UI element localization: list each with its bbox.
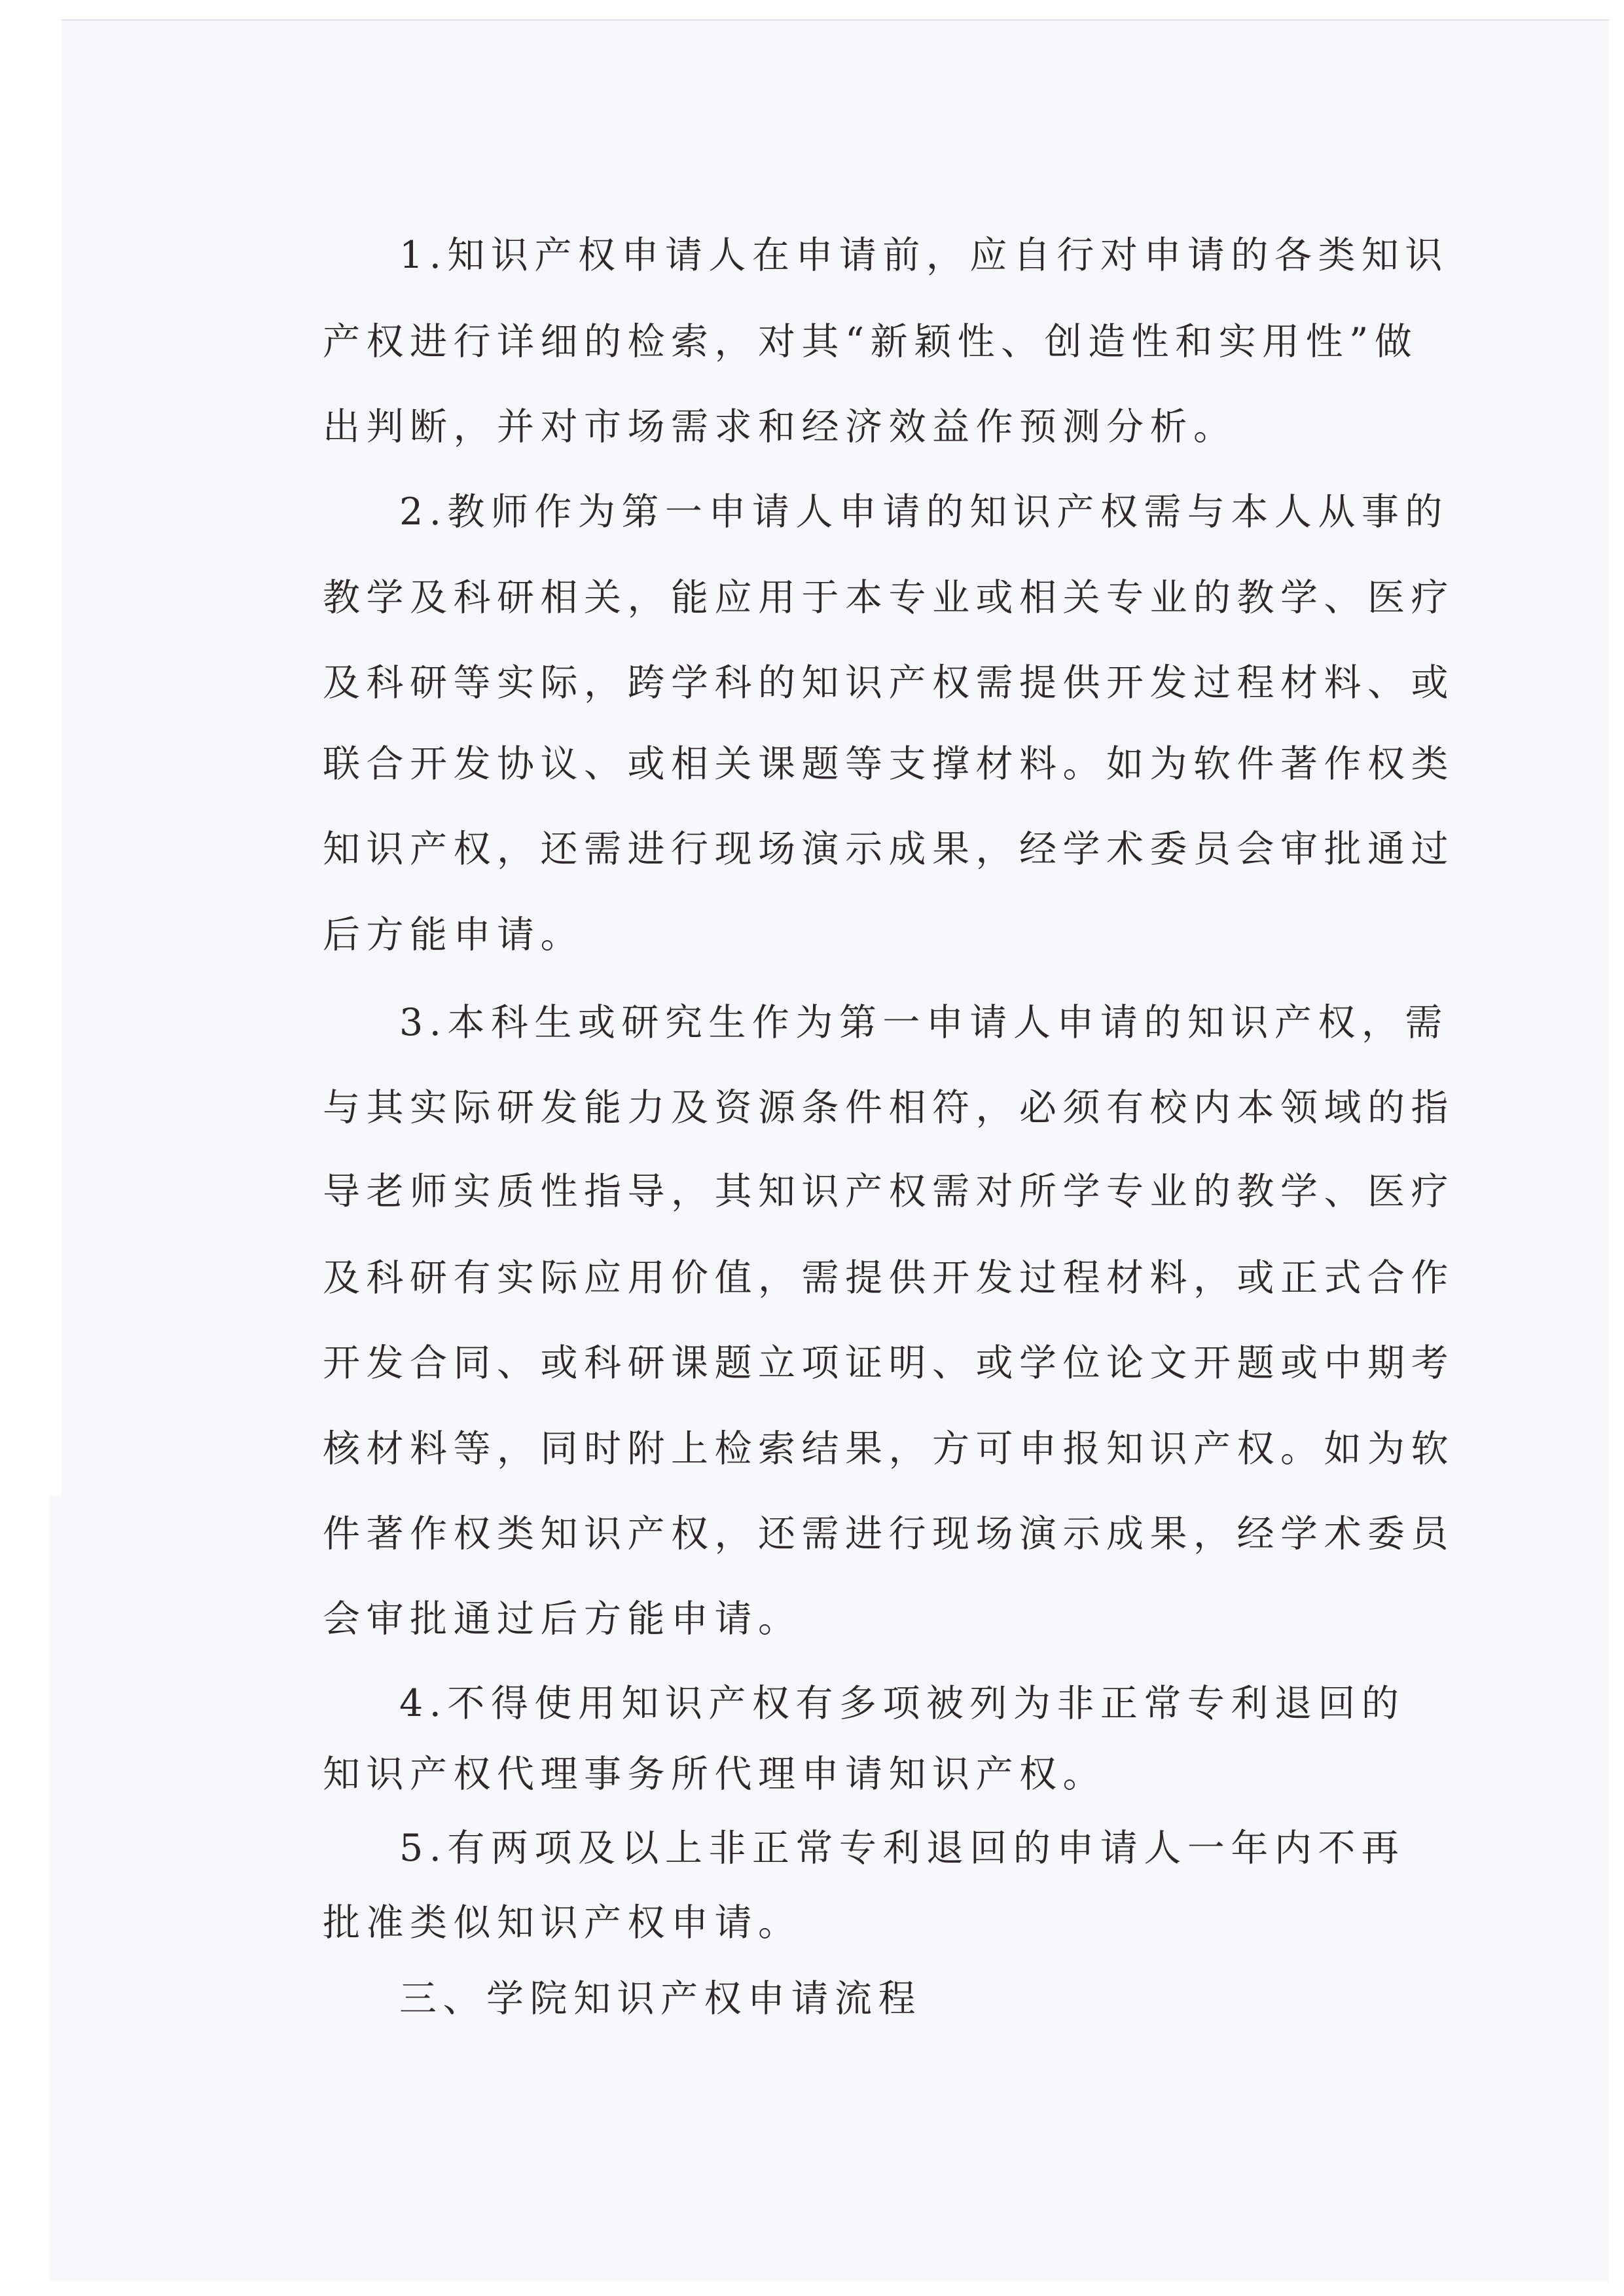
item-1-line-1: 1.知识产权申请人在申请前，应自行对申请的各类知识 (399, 213, 1449, 298)
item-2-line-3: 及科研等实际，跨学科的知识产权需提供开发过程材料、或 (323, 640, 1454, 725)
item-4-line-2: 知识产权代理事务所代理申请知识产权。 (323, 1732, 1106, 1817)
section-heading-application-process: 三、学院知识产权申请流程 (399, 1956, 922, 2041)
item-2-line-2: 教学及科研相关，能应用于本专业或相关专业的教学、医疗 (323, 555, 1454, 640)
item-3-line-7: 件著作权类知识产权，还需进行现场演示成果，经学术委员 (323, 1491, 1454, 1576)
item-2-line-4: 联合开发协议、或相关课题等支撑材料。如为软件著作权类 (323, 721, 1454, 807)
item-2-line-6: 后方能申请。 (323, 892, 584, 977)
item-5-line-1: 5.有两项及以上非正常专利退回的申请人一年内不再 (399, 1806, 1405, 1891)
item-3-line-5: 开发合同、或科研课题立项证明、或学位论文开题或中期考 (323, 1321, 1454, 1406)
item-1-line-2: 产权进行详细的检索，对其“新颖性、创造性和实用性”做 (323, 299, 1418, 384)
item-3-line-1: 3.本科生或研究生作为第一申请人申请的知识产权，需 (399, 980, 1449, 1065)
item-2-line-1: 2.教师作为第一申请人申请的知识产权需与本人从事的 (399, 469, 1449, 555)
item-3-line-3: 导老师实质性指导，其知识产权需对所学专业的教学、医疗 (323, 1149, 1454, 1234)
item-1-line-3: 出判断，并对市场需求和经济效益作预测分析。 (323, 384, 1237, 469)
item-3-line-6: 核材料等，同时附上检索结果，方可申报知识产权。如为软 (323, 1406, 1454, 1491)
item-5-line-2: 批准类似知识产权申请。 (323, 1880, 802, 1965)
item-3-line-4: 及科研有实际应用价值，需提供开发过程材料，或正式合作 (323, 1235, 1454, 1321)
item-3-line-8: 会审批通过后方能申请。 (323, 1576, 802, 1662)
item-2-line-5: 知识产权，还需进行现场演示成果，经学术委员会审批通过 (323, 807, 1454, 892)
item-3-line-2: 与其实际研发能力及资源条件相符，必须有校内本领域的指 (323, 1065, 1454, 1150)
